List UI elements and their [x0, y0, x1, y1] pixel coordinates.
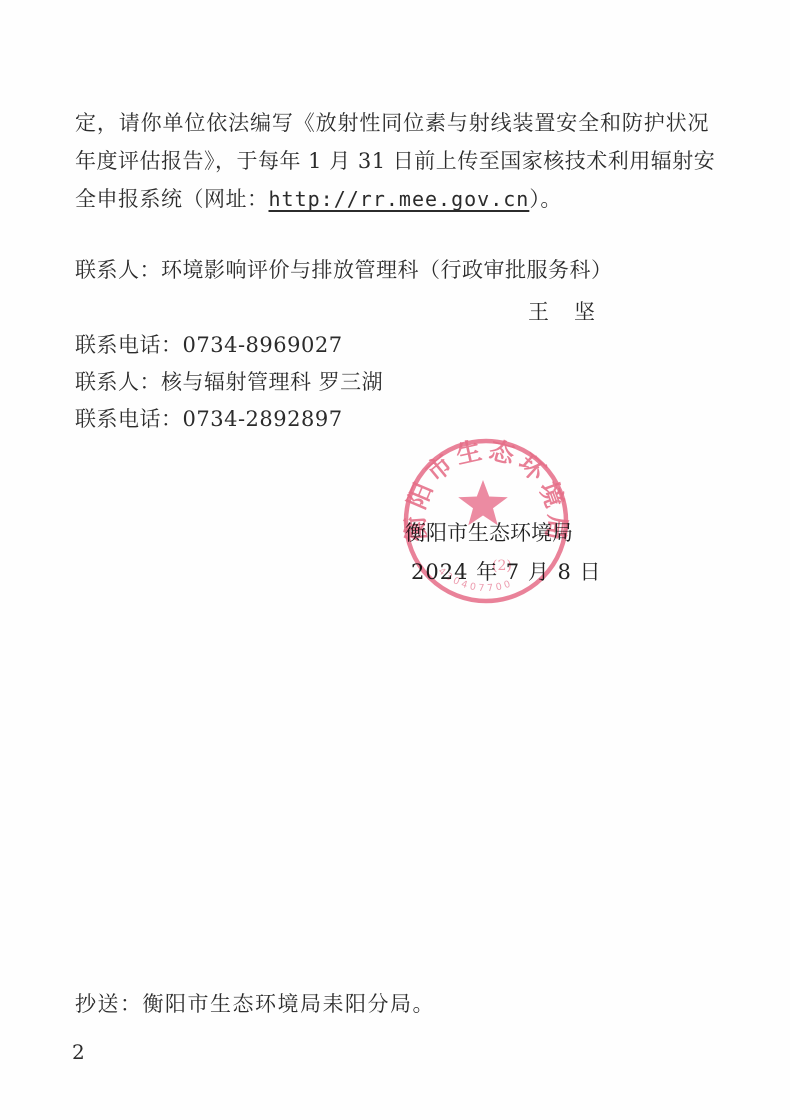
contact-person-1: 联系人：环境影响评价与排放管理科（行政审批服务科） [75, 258, 613, 282]
paragraph-line-1: 定，请你单位依法编写《放射性同位素与射线装置安全和防护状况 [75, 104, 709, 142]
contact-phone-2: 联系电话：0734-2892897 [75, 407, 343, 431]
signer-name: 王 坚 [528, 296, 597, 326]
contact-phone-1: 联系电话：0734-8969027 [75, 333, 343, 357]
paragraph-line-2: 年度评估报告》，于每年 1 月 31 日前上传至国家核技术利用辐射安 [75, 142, 709, 180]
paragraph-line-3-suffix: ）。 [529, 187, 562, 211]
document-page: 定，请你单位依法编写《放射性同位素与射线装置安全和防护状况 年度评估报告》，于每… [0, 0, 790, 1120]
cc-line: 抄送：衡阳市生态环境局耒阳分局。 [75, 988, 435, 1018]
paragraph-line-3: 全申报系统（网址：http://rr.mee.gov.cn）。 [75, 180, 709, 218]
official-seal: 衡阳市生态环境局 (2) 430407700 [380, 418, 592, 630]
star-icon [458, 480, 508, 525]
main-paragraph: 定，请你单位依法编写《放射性同位素与射线装置安全和防护状况 年度评估报告》，于每… [75, 104, 709, 218]
contact-person-2: 联系人：核与辐射管理科 罗三湖 [75, 370, 383, 394]
paragraph-line-3-prefix: 全申报系统（网址： [75, 187, 269, 211]
page-number: 2 [72, 1040, 85, 1064]
seal-number: (2) [492, 558, 512, 574]
report-system-url: http://rr.mee.gov.cn [269, 187, 530, 211]
